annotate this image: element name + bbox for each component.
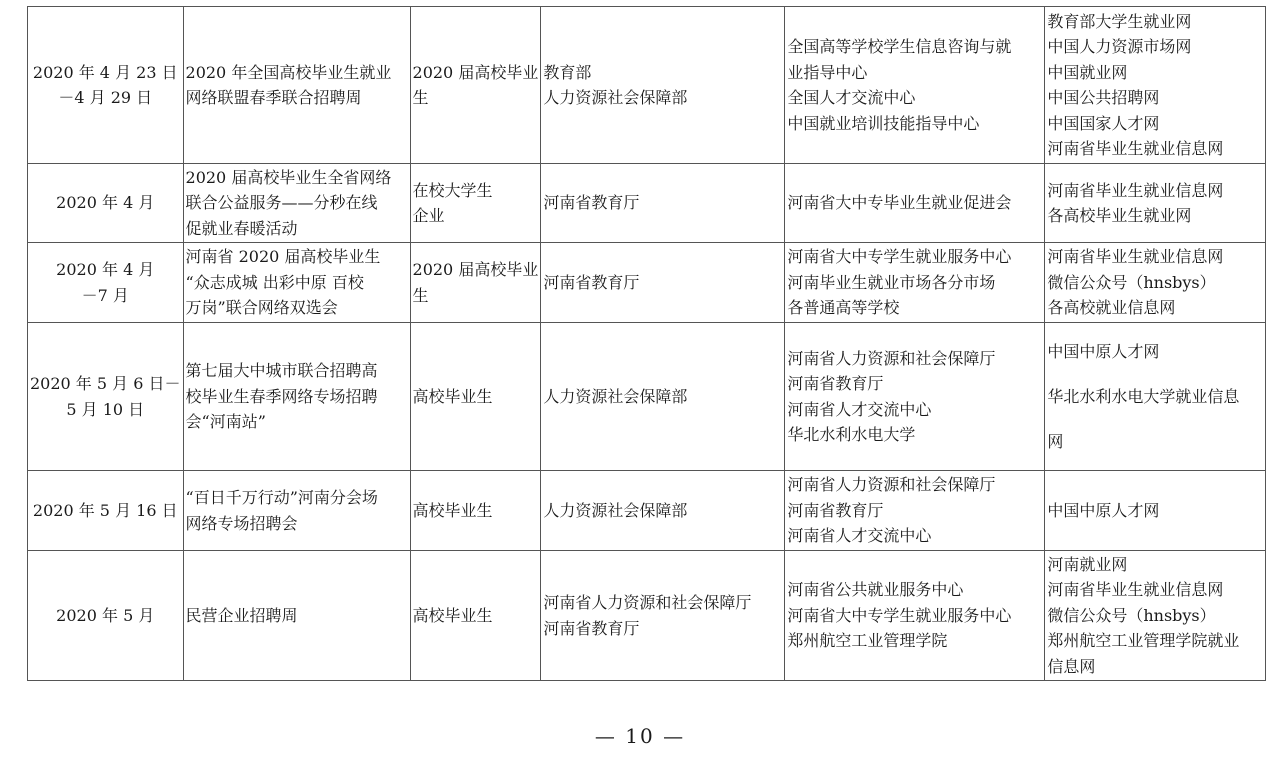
date-line: 2020 年 5 月 6 日－ bbox=[30, 371, 181, 397]
event-line: 网络联盟春季联合招聘周 bbox=[186, 85, 408, 111]
platform-line: 河南就业网 bbox=[1047, 552, 1263, 578]
cell-event: 2020 年全国高校毕业生就业网络联盟春季联合招聘周 bbox=[183, 7, 410, 164]
platform-line: 郑州航空工业管理学院就业 bbox=[1047, 628, 1263, 654]
cell-host: 河南省大中专毕业生就业促进会 bbox=[785, 164, 1045, 243]
target-line: 2020 届高校毕业 bbox=[413, 60, 539, 86]
table-row: 2020 年 4 月 23 日－4 月 29 日2020 年全国高校毕业生就业网… bbox=[28, 7, 1266, 164]
table-row: 2020 年 4 月2020 届高校毕业生全省网络联合公益服务——分秒在线促就业… bbox=[28, 164, 1266, 243]
event-line: 2020 届高校毕业生全省网络 bbox=[186, 165, 408, 191]
platform-line: 中国就业网 bbox=[1047, 60, 1263, 86]
cell-target: 高校毕业生 bbox=[410, 551, 541, 681]
cell-target: 2020 届高校毕业生 bbox=[410, 243, 541, 323]
host-line: 河南省大中专学生就业服务中心 bbox=[787, 603, 1042, 629]
host-line: 全国高等学校学生信息咨询与就 bbox=[787, 34, 1042, 60]
cell-date: 2020 年 4 月 23 日－4 月 29 日 bbox=[28, 7, 184, 164]
target-line: 高校毕业生 bbox=[413, 498, 539, 524]
platform-line: 中国人力资源市场网 bbox=[1047, 34, 1263, 60]
cell-organizer: 人力资源社会保障部 bbox=[541, 323, 785, 471]
date-line: －4 月 29 日 bbox=[30, 85, 181, 111]
event-line: 校毕业生春季网络专场招聘 bbox=[186, 384, 408, 410]
table-row: 2020 年 5 月 6 日－5 月 10 日第七届大中城市联合招聘高校毕业生春… bbox=[28, 323, 1266, 471]
platform-line: 中国公共招聘网 bbox=[1047, 85, 1263, 111]
organizer-line: 人力资源社会保障部 bbox=[543, 498, 782, 524]
cell-event: 2020 届高校毕业生全省网络联合公益服务——分秒在线促就业春暖活动 bbox=[183, 164, 410, 243]
cell-date: 2020 年 5 月 bbox=[28, 551, 184, 681]
cell-platform: 中国中原人才网 bbox=[1045, 471, 1266, 551]
host-line: 河南省人才交流中心 bbox=[787, 397, 1042, 423]
event-line: 河南省 2020 届高校毕业生 bbox=[186, 244, 408, 270]
cell-organizer: 人力资源社会保障部 bbox=[541, 471, 785, 551]
cell-platform: 河南就业网河南省毕业生就业信息网微信公众号（hnsbys）郑州航空工业管理学院就… bbox=[1045, 551, 1266, 681]
cell-platform: 中国中原人才网华北水利水电大学就业信息网 bbox=[1045, 323, 1266, 471]
platform-line: 各高校毕业生就业网 bbox=[1047, 203, 1263, 229]
cell-target: 2020 届高校毕业生 bbox=[410, 7, 541, 164]
platform-line: 网 bbox=[1047, 419, 1263, 464]
platform-line: 河南省毕业生就业信息网 bbox=[1047, 244, 1263, 270]
organizer-line: 教育部 bbox=[543, 60, 782, 86]
table-body: 2020 年 4 月 23 日－4 月 29 日2020 年全国高校毕业生就业网… bbox=[28, 7, 1266, 681]
event-line: 万岗”联合网络双选会 bbox=[186, 295, 408, 321]
host-line: 业指导中心 bbox=[787, 60, 1042, 86]
event-line: “百日千万行动”河南分会场 bbox=[186, 485, 408, 511]
cell-host: 河南省人力资源和社会保障厅河南省教育厅河南省人才交流中心 bbox=[785, 471, 1045, 551]
cell-organizer: 教育部人力资源社会保障部 bbox=[541, 7, 785, 164]
platform-line: 微信公众号（hnsbys） bbox=[1047, 270, 1263, 296]
event-line: 第七届大中城市联合招聘高 bbox=[186, 358, 408, 384]
cell-event: 第七届大中城市联合招聘高校毕业生春季网络专场招聘会“河南站” bbox=[183, 323, 410, 471]
cell-host: 河南省人力资源和社会保障厅河南省教育厅河南省人才交流中心华北水利水电大学 bbox=[785, 323, 1045, 471]
cell-host: 河南省公共就业服务中心河南省大中专学生就业服务中心郑州航空工业管理学院 bbox=[785, 551, 1045, 681]
host-line: 华北水利水电大学 bbox=[787, 422, 1042, 448]
platform-line: 河南省毕业生就业信息网 bbox=[1047, 136, 1263, 162]
event-line: 网络专场招聘会 bbox=[186, 511, 408, 537]
event-line: 会“河南站” bbox=[186, 409, 408, 435]
platform-line: 中国中原人才网 bbox=[1047, 498, 1263, 524]
host-line: 河南毕业生就业市场各分市场 bbox=[787, 270, 1042, 296]
date-line: 2020 年 4 月 bbox=[30, 257, 181, 283]
target-line: 高校毕业生 bbox=[413, 384, 539, 410]
organizer-line: 河南省教育厅 bbox=[543, 616, 782, 642]
host-line: 河南省人力资源和社会保障厅 bbox=[787, 472, 1042, 498]
event-line: 2020 年全国高校毕业生就业 bbox=[186, 60, 408, 86]
target-line: 企业 bbox=[413, 203, 539, 229]
platform-line: 微信公众号（hnsbys） bbox=[1047, 603, 1263, 629]
page-number: — 10 — bbox=[0, 724, 1280, 748]
target-line: 在校大学生 bbox=[413, 178, 539, 204]
organizer-line: 人力资源社会保障部 bbox=[543, 384, 782, 410]
cell-date: 2020 年 5 月 6 日－5 月 10 日 bbox=[28, 323, 184, 471]
event-line: 民营企业招聘周 bbox=[186, 603, 408, 629]
table-row: 2020 年 5 月民营企业招聘周高校毕业生河南省人力资源和社会保障厅河南省教育… bbox=[28, 551, 1266, 681]
platform-line: 河南省毕业生就业信息网 bbox=[1047, 178, 1263, 204]
host-line: 中国就业培训技能指导中心 bbox=[787, 111, 1042, 137]
cell-target: 高校毕业生 bbox=[410, 471, 541, 551]
host-line: 各普通高等学校 bbox=[787, 295, 1042, 321]
cell-platform: 教育部大学生就业网中国人力资源市场网中国就业网中国公共招聘网中国国家人才网河南省… bbox=[1045, 7, 1266, 164]
table-row: 2020 年 4 月－7 月河南省 2020 届高校毕业生“众志成城 出彩中原 … bbox=[28, 243, 1266, 323]
cell-platform: 河南省毕业生就业信息网各高校毕业生就业网 bbox=[1045, 164, 1266, 243]
organizer-line: 河南省教育厅 bbox=[543, 270, 782, 296]
host-line: 河南省教育厅 bbox=[787, 498, 1042, 524]
host-line: 河南省大中专学生就业服务中心 bbox=[787, 244, 1042, 270]
recruitment-schedule-table: 2020 年 4 月 23 日－4 月 29 日2020 年全国高校毕业生就业网… bbox=[27, 6, 1266, 681]
cell-date: 2020 年 4 月－7 月 bbox=[28, 243, 184, 323]
date-line: 2020 年 5 月 16 日 bbox=[30, 498, 181, 524]
event-line: “众志成城 出彩中原 百校 bbox=[186, 270, 408, 296]
cell-organizer: 河南省人力资源和社会保障厅河南省教育厅 bbox=[541, 551, 785, 681]
event-line: 联合公益服务——分秒在线 bbox=[186, 190, 408, 216]
target-line: 2020 届高校毕业 bbox=[413, 257, 539, 283]
target-line: 生 bbox=[413, 283, 539, 309]
date-line: 5 月 10 日 bbox=[30, 397, 181, 423]
platform-line: 中国中原人才网 bbox=[1047, 329, 1263, 374]
date-line: －7 月 bbox=[30, 283, 181, 309]
cell-organizer: 河南省教育厅 bbox=[541, 243, 785, 323]
cell-event: “百日千万行动”河南分会场网络专场招聘会 bbox=[183, 471, 410, 551]
cell-date: 2020 年 5 月 16 日 bbox=[28, 471, 184, 551]
host-line: 河南省教育厅 bbox=[787, 371, 1042, 397]
host-line: 河南省公共就业服务中心 bbox=[787, 577, 1042, 603]
cell-host: 河南省大中专学生就业服务中心河南毕业生就业市场各分市场各普通高等学校 bbox=[785, 243, 1045, 323]
cell-target: 高校毕业生 bbox=[410, 323, 541, 471]
platform-line: 信息网 bbox=[1047, 654, 1263, 680]
cell-platform: 河南省毕业生就业信息网微信公众号（hnsbys）各高校就业信息网 bbox=[1045, 243, 1266, 323]
date-line: 2020 年 5 月 bbox=[30, 603, 181, 629]
date-line: 2020 年 4 月 bbox=[30, 190, 181, 216]
organizer-line: 人力资源社会保障部 bbox=[543, 85, 782, 111]
platform-line: 各高校就业信息网 bbox=[1047, 295, 1263, 321]
platform-line: 中国国家人才网 bbox=[1047, 111, 1263, 137]
host-line: 河南省人才交流中心 bbox=[787, 523, 1042, 549]
host-line: 河南省人力资源和社会保障厅 bbox=[787, 346, 1042, 372]
host-line: 郑州航空工业管理学院 bbox=[787, 628, 1042, 654]
cell-target: 在校大学生企业 bbox=[410, 164, 541, 243]
event-line: 促就业春暖活动 bbox=[186, 216, 408, 242]
cell-date: 2020 年 4 月 bbox=[28, 164, 184, 243]
cell-event: 河南省 2020 届高校毕业生“众志成城 出彩中原 百校万岗”联合网络双选会 bbox=[183, 243, 410, 323]
cell-organizer: 河南省教育厅 bbox=[541, 164, 785, 243]
table-row: 2020 年 5 月 16 日“百日千万行动”河南分会场网络专场招聘会高校毕业生… bbox=[28, 471, 1266, 551]
date-line: 2020 年 4 月 23 日 bbox=[30, 60, 181, 86]
organizer-line: 河南省教育厅 bbox=[543, 190, 782, 216]
host-line: 全国人才交流中心 bbox=[787, 85, 1042, 111]
cell-host: 全国高等学校学生信息咨询与就业指导中心全国人才交流中心中国就业培训技能指导中心 bbox=[785, 7, 1045, 164]
platform-line: 华北水利水电大学就业信息 bbox=[1047, 374, 1263, 419]
target-line: 生 bbox=[413, 85, 539, 111]
target-line: 高校毕业生 bbox=[413, 603, 539, 629]
platform-line: 河南省毕业生就业信息网 bbox=[1047, 577, 1263, 603]
organizer-line: 河南省人力资源和社会保障厅 bbox=[543, 590, 782, 616]
schedule-table-container: 2020 年 4 月 23 日－4 月 29 日2020 年全国高校毕业生就业网… bbox=[27, 6, 1266, 681]
host-line: 河南省大中专毕业生就业促进会 bbox=[787, 190, 1042, 216]
cell-event: 民营企业招聘周 bbox=[183, 551, 410, 681]
platform-line: 教育部大学生就业网 bbox=[1047, 9, 1263, 35]
